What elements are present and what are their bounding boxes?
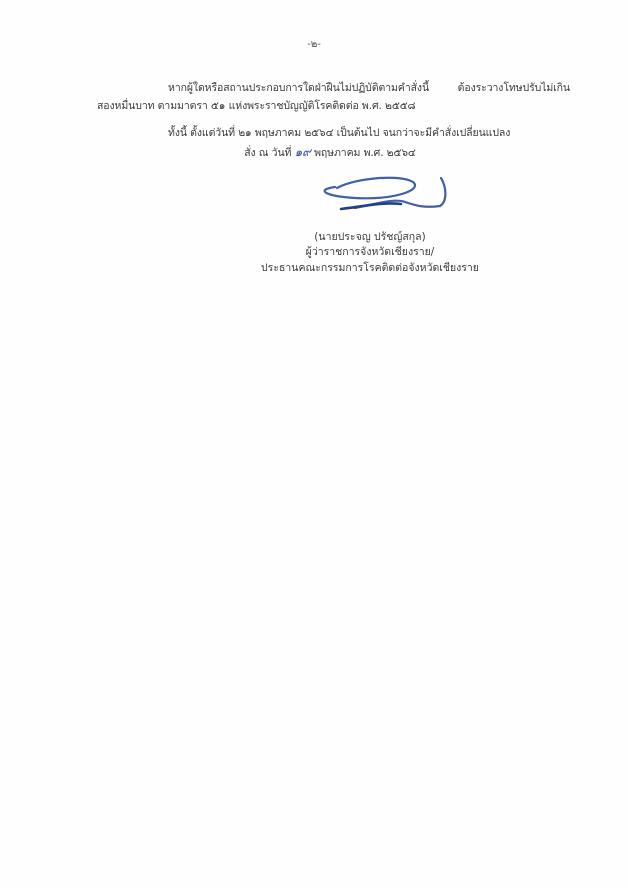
signer-position-committee-chair: ประธานคณะกรรมการโรคติดต่อจังหวัดเชียงราย — [230, 261, 510, 276]
signer-position-governor: ผู้ว่าราชการจังหวัดเชียงราย/ — [230, 245, 510, 260]
order-date-prefix: สั่ง ณ วันที่ — [244, 147, 294, 159]
signer-name: (นายประจญ ปรัชญ์สกุล) — [230, 230, 510, 245]
signature-icon — [305, 168, 455, 224]
order-date-line: สั่ง ณ วันที่ ๑๙ พฤษภาคม พ.ศ. ๒๕๖๔ — [0, 145, 628, 160]
page-number: -๒- — [0, 38, 628, 52]
penalty-paragraph-line-2: สองหมื่นบาท ตามมาตรา ๕๑ แห่งพระราชบัญญัต… — [97, 99, 416, 113]
handwritten-day: ๑๙ — [295, 145, 311, 159]
effective-date-paragraph: ทั้งนี้ ตั้งแต่วันที่ ๒๑ พฤษภาคม ๒๕๖๔ เป… — [168, 126, 510, 140]
order-date-suffix: พฤษภาคม พ.ศ. ๒๕๖๔ — [311, 147, 416, 159]
document-page: -๒- หากผู้ใดหรือสถานประกอบการใดฝ่าฝืนไม่… — [0, 0, 628, 888]
penalty-paragraph-line-1: หากผู้ใดหรือสถานประกอบการใดฝ่าฝืนไม่ปฏิบ… — [168, 81, 570, 95]
